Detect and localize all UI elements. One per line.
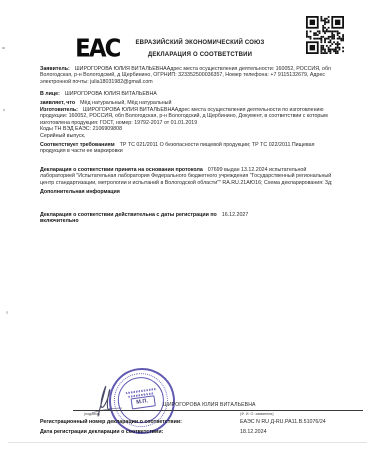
- registration-date-row: Дата регистрации декларации о соответств…: [40, 429, 370, 435]
- declares-text: Мёд натуральный, Мёд натуральный: [80, 100, 171, 106]
- signature-line: [73, 410, 363, 411]
- scan-speck: [2, 47, 5, 49]
- document-header: ЕВРАЗИЙСКИЙ ЭКОНОМИЧЕСКИЙ СОЮЗ ДЕКЛАРАЦИ…: [110, 40, 290, 58]
- validity-label: Декларация о соответствии действительна …: [40, 212, 217, 218]
- additional-info-label: Дополнительная информация: [40, 189, 340, 195]
- signature-caption: (подпись): [84, 412, 100, 416]
- declaration-document: ЕАС ЕВРАЗИЙСКИЙ ЭКОНОМИЧЕСКИЙ СОЮЗ ДЕКЛА…: [0, 0, 375, 450]
- conformity-paragraph: Соответствует требованиямТР ТС 021/2011 …: [40, 142, 340, 155]
- document-title: ДЕКЛАРАЦИЯ О СООТВЕТСТВИИ: [110, 52, 290, 58]
- manufacturer-text: ШИРОГОРОВА ЮЛИЯ ВИТАЛЬЕВНААдрес места ос…: [40, 107, 328, 126]
- registration-number-row: Регистрационный номер декларации о соотв…: [40, 419, 370, 425]
- validity-suffix: включительно: [40, 218, 79, 224]
- person-paragraph: В лице:ШИРОГОРОВА ЮЛИЯ ВИТАЛЬЕВНА: [40, 91, 340, 97]
- manufacturer-paragraph: Изготовитель:ШИРОГОРОВА ЮЛИЯ ВИТАЛЬЕВНАА…: [40, 107, 340, 126]
- basis-label: Декларация о соответствии принята на осн…: [40, 167, 203, 173]
- declares-paragraph: заявляет, чтоМёд натуральный, Мёд натура…: [40, 100, 340, 106]
- page-edge-shadow: [8, 442, 367, 443]
- applicant-paragraph: Заявитель:ШИРОГОРОВА ЮЛИЯ ВИТАЛЬЕВНААдре…: [40, 66, 340, 85]
- union-name: ЕВРАЗИЙСКИЙ ЭКОНОМИЧЕСКИЙ СОЮЗ: [110, 40, 290, 46]
- name-caption: (Ф. И. О. заявителя): [240, 412, 274, 416]
- serial-line: Серийный выпуск,: [40, 133, 340, 139]
- validity-date: 16.12.2027: [222, 212, 249, 218]
- eac-logo: ЕАС: [74, 34, 108, 62]
- document-body: Заявитель:ШИРОГОРОВА ЮЛИЯ ВИТАЛЬЕВНААдре…: [40, 66, 340, 224]
- validity-paragraph: Декларация о соответствии действительна …: [40, 212, 340, 225]
- declares-label: заявляет, что: [40, 100, 75, 106]
- registration-number-value: ЕАЭС N RU Д-RU.РА11.В.51076/24: [240, 419, 326, 425]
- applicant-signature-name: ШИРОГОРОВА ЮЛИЯ ВИТАЛЬЕВНА: [163, 402, 313, 408]
- applicant-text: ШИРОГОРОВА ЮЛИЯ ВИТАЛЬЕВНААдрес места ос…: [40, 66, 331, 85]
- qr-code-icon: [306, 16, 344, 54]
- scan-speck: [3, 109, 5, 111]
- basis-paragraph: Декларация о соответствии принята на осн…: [40, 167, 340, 186]
- scan-speck: [6, 311, 8, 314]
- registration-date-value: 18.12.2024: [240, 429, 267, 435]
- person-text: ШИРОГОРОВА ЮЛИЯ ВИТАЛЬЕВНА: [65, 91, 157, 97]
- person-label: В лице:: [40, 91, 60, 97]
- conformity-label: Соответствует требованиям: [40, 142, 115, 148]
- registration-date-label: Дата регистрации декларации о соответств…: [40, 429, 163, 435]
- registration-number-label: Регистрационный номер декларации о соотв…: [40, 419, 182, 425]
